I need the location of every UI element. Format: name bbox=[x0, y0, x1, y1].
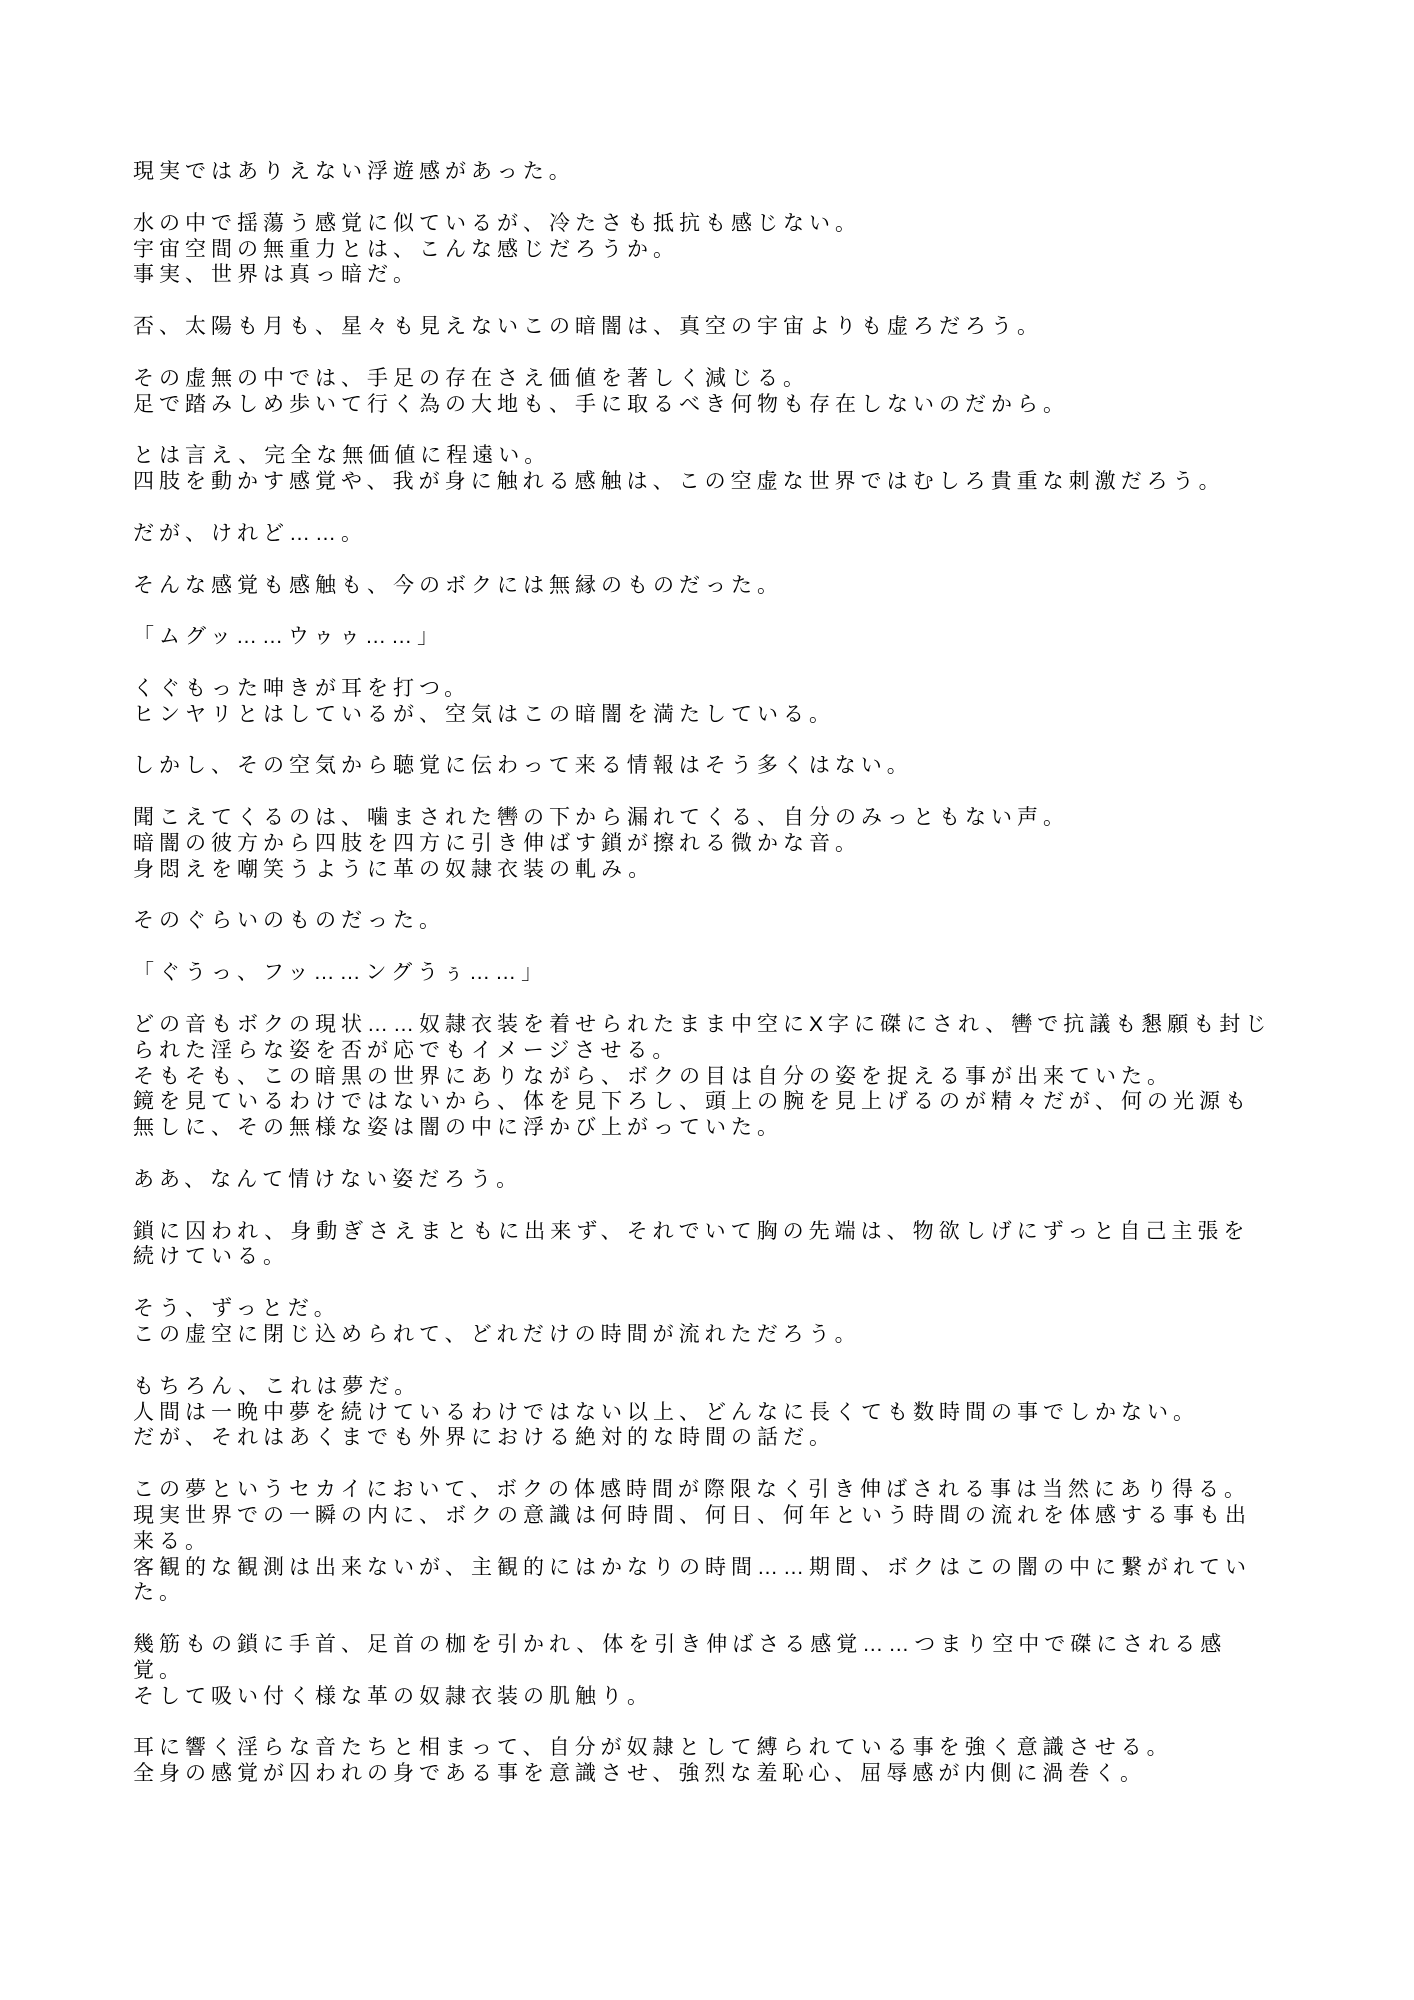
text-line: 身悶えを嘲笑うように革の奴隷衣装の軋み。 bbox=[133, 857, 1353, 883]
text-line: この夢というセカイにおいて、ボクの体感時間が際限なく引き伸ばされる事は当然にあり… bbox=[133, 1477, 1353, 1503]
text-line: だが、それはあくまでも外界における絶対的な時間の話だ。 bbox=[133, 1425, 1353, 1451]
text-line bbox=[133, 1270, 1353, 1296]
text-line: とは言え、完全な無価値に程遠い。 bbox=[133, 443, 1353, 469]
text-line: た。 bbox=[133, 1580, 1353, 1606]
text-line: そもそも、この暗黒の世界にありながら、ボクの目は自分の姿を捉える事が出来ていた。 bbox=[133, 1064, 1353, 1090]
text-line: しかし、その空気から聴覚に伝わって来る情報はそう多くはない。 bbox=[133, 753, 1353, 779]
text-line: どの音もボクの現状……奴隷衣装を着せられたまま中空にX字に磔にされ、轡で抗議も懇… bbox=[133, 1012, 1353, 1038]
text-line bbox=[133, 883, 1353, 909]
text-line: 客観的な観測は出来ないが、主観的にはかなりの時間……期間、ボクはこの闇の中に繋が… bbox=[133, 1555, 1353, 1581]
text-line: そう、ずっとだ。 bbox=[133, 1296, 1353, 1322]
text-line: ああ、なんて情けない姿だろう。 bbox=[133, 1167, 1353, 1193]
text-line: 覚。 bbox=[133, 1658, 1353, 1684]
text-line: 宇宙空間の無重力とは、こんな感じだろうか。 bbox=[133, 237, 1353, 263]
text-line: 「ムグッ……ウゥゥ……」 bbox=[133, 624, 1353, 650]
text-line: そんな感覚も感触も、今のボクには無縁のものだった。 bbox=[133, 573, 1353, 599]
text-line bbox=[133, 728, 1353, 754]
text-line bbox=[133, 1141, 1353, 1167]
text-line: もちろん、これは夢だ。 bbox=[133, 1374, 1353, 1400]
text-line: 人間は一晩中夢を続けているわけではない以上、どんなに長くても数時間の事でしかない… bbox=[133, 1400, 1353, 1426]
text-line: られた淫らな姿を否が応でもイメージさせる。 bbox=[133, 1038, 1353, 1064]
text-line bbox=[133, 934, 1353, 960]
text-line bbox=[133, 547, 1353, 573]
text-line: だが、けれど……。 bbox=[133, 521, 1353, 547]
text-line bbox=[133, 1710, 1353, 1736]
text-line: 否、太陽も月も、星々も見えないこの暗闇は、真空の宇宙よりも虚ろだろう。 bbox=[133, 314, 1353, 340]
text-line: 事実、世界は真っ暗だ。 bbox=[133, 262, 1353, 288]
text-line: 現実世界での一瞬の内に、ボクの意識は何時間、何日、何年という時間の流れを体感する… bbox=[133, 1503, 1353, 1529]
text-line bbox=[133, 650, 1353, 676]
text-line bbox=[133, 1193, 1353, 1219]
text-line bbox=[133, 185, 1353, 211]
text-line: そして吸い付く様な革の奴隷衣装の肌触り。 bbox=[133, 1684, 1353, 1710]
text-line: この虚空に閉じ込められて、どれだけの時間が流れただろう。 bbox=[133, 1322, 1353, 1348]
text-line: 暗闇の彼方から四肢を四方に引き伸ばす鎖が擦れる微かな音。 bbox=[133, 831, 1353, 857]
text-line: 水の中で揺蕩う感覚に似ているが、冷たさも抵抗も感じない。 bbox=[133, 211, 1353, 237]
text-line: 来る。 bbox=[133, 1529, 1353, 1555]
text-line: ヒンヤリとはしているが、空気はこの暗闇を満たしている。 bbox=[133, 702, 1353, 728]
text-line bbox=[133, 779, 1353, 805]
text-line: 続けている。 bbox=[133, 1244, 1353, 1270]
text-line bbox=[133, 288, 1353, 314]
text-line bbox=[133, 986, 1353, 1012]
text-line: 「ぐうっ、フッ……ングうぅ……」 bbox=[133, 960, 1353, 986]
text-line bbox=[133, 1606, 1353, 1632]
text-line: 聞こえてくるのは、噛まされた轡の下から漏れてくる、自分のみっともない声。 bbox=[133, 805, 1353, 831]
text-line bbox=[133, 340, 1353, 366]
text-line bbox=[133, 417, 1353, 443]
text-line bbox=[133, 1348, 1353, 1374]
text-line bbox=[133, 1451, 1353, 1477]
text-line: 幾筋もの鎖に手首、足首の枷を引かれ、体を引き伸ばさる感覚……つまり空中で磔にされ… bbox=[133, 1632, 1353, 1658]
text-block: 現実ではありえない浮遊感があった。水の中で揺蕩う感覚に似ているが、冷たさも抵抗も… bbox=[133, 159, 1353, 1787]
text-line: 現実ではありえない浮遊感があった。 bbox=[133, 159, 1353, 185]
novel-page: 現実ではありえない浮遊感があった。水の中で揺蕩う感覚に似ているが、冷たさも抵抗も… bbox=[0, 0, 1414, 2000]
text-line: そのぐらいのものだった。 bbox=[133, 908, 1353, 934]
text-line: 足で踏みしめ歩いて行く為の大地も、手に取るべき何物も存在しないのだから。 bbox=[133, 392, 1353, 418]
text-line: 四肢を動かす感覚や、我が身に触れる感触は、この空虚な世界ではむしろ貴重な刺激だろ… bbox=[133, 469, 1353, 495]
text-line bbox=[133, 495, 1353, 521]
text-line: 無しに、その無様な姿は闇の中に浮かび上がっていた。 bbox=[133, 1115, 1353, 1141]
text-line: 鏡を見ているわけではないから、体を見下ろし、頭上の腕を見上げるのが精々だが、何の… bbox=[133, 1089, 1353, 1115]
text-line: 耳に響く淫らな音たちと相まって、自分が奴隷として縛られている事を強く意識させる。 bbox=[133, 1735, 1353, 1761]
text-line: くぐもった呻きが耳を打つ。 bbox=[133, 676, 1353, 702]
text-line: その虚無の中では、手足の存在さえ価値を著しく減じる。 bbox=[133, 366, 1353, 392]
text-line: 全身の感覚が囚われの身である事を意識させ、強烈な羞恥心、屈辱感が内側に渦巻く。 bbox=[133, 1761, 1353, 1787]
text-line: 鎖に囚われ、身動ぎさえまともに出来ず、それでいて胸の先端は、物欲しげにずっと自己… bbox=[133, 1219, 1353, 1245]
text-line bbox=[133, 598, 1353, 624]
